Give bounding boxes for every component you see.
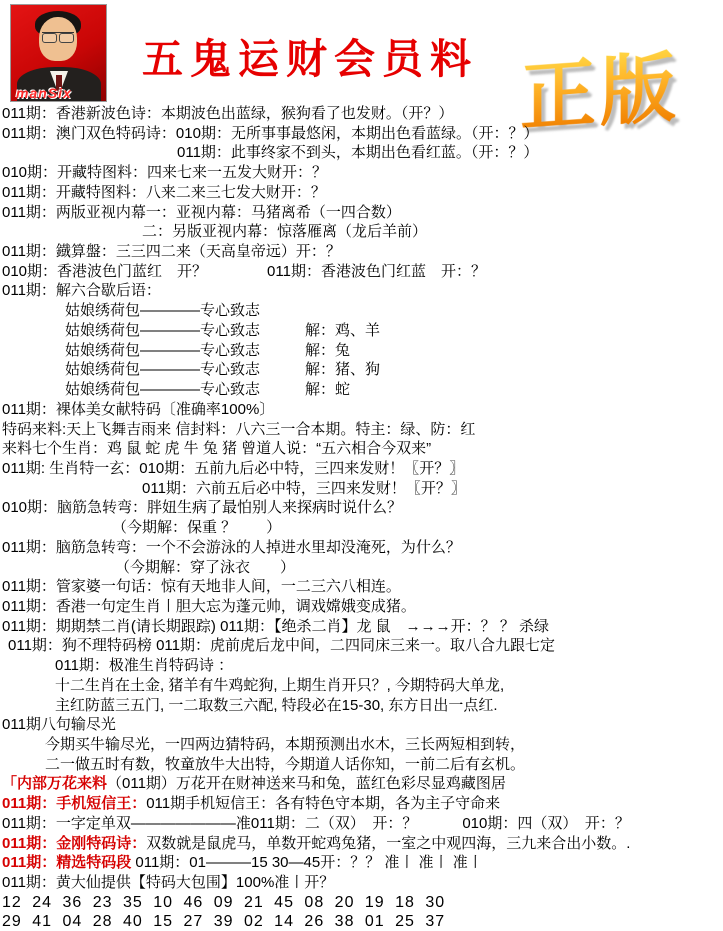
body-text: 011期：澳门双色特码诗：010期：无所事事最悠闲，本期出色看蓝绿。（开：？） (2, 125, 538, 142)
content-line: 姑娘绣荷包————专心致志 解：兔 (2, 341, 723, 361)
content-line: 十二生肖在土金, 猪羊有牛鸡蛇狗, 上期生肖开只？, 今期特码大单龙, (2, 676, 723, 696)
body-text: 011期：脑筋急转弯：一个不会游泳的人掉进水里却没淹死，为什么？ (2, 539, 461, 556)
body-text: 姑娘绣荷包————专心致志 解：兔 (65, 342, 350, 359)
content-line: 010期：香港波色门蓝红 开？ 011期：香港波色门红蓝 开：？ (2, 262, 723, 282)
content-line: 特码来料:天上飞舞吉雨来 信封料：八六三一合本期。特主：绿、防：红 (2, 420, 723, 440)
content-lines: 011期：香港新波色诗：本期波色出蓝绿，猴狗看了也发财。（开？）011期：澳门双… (2, 104, 723, 931)
body-text: （011期）万花开在财神送来马和兔，蓝红色彩尽显鸡藏图居 (107, 775, 506, 792)
highlight-red-text: 011期：手机短信王： (2, 795, 146, 812)
page-title: 五鬼运财会员料 (142, 26, 478, 85)
content-line: 姑娘绣荷包————专心致志 解：蛇 (2, 380, 723, 400)
highlight-red-text: 011期：金刚特码诗： (2, 835, 146, 852)
body-text: 来料七个生肖：鸡 鼠 蛇 虎 牛 兔 猪 曾道人说：“五六相合今双来” (2, 440, 431, 457)
content-line: （今期解：穿了泳衣 ） (2, 558, 723, 578)
content-line: 姑娘绣荷包————专心致志 (2, 301, 723, 321)
body-text: 010期：开藏特图料：四来七来一五发大财开：？ (2, 164, 327, 181)
body-text: 011期：极准生肖特码诗 ： (55, 657, 233, 674)
body-text: 姑娘绣荷包————专心致志 解：蛇 (65, 381, 350, 398)
body-text: 二一做五时有数，牧童放牛大出特，今期道人话你知，一前二后有玄机。 (45, 756, 525, 773)
photo-caption: manSix (16, 85, 72, 101)
body-text: 011期：鐡算盤：三三四二来（天高皇帝远）开：？ (2, 243, 341, 260)
content-line: 011期：金刚特码诗：双数就是鼠虎马，单数开蛇鸡兔猪，一室之中观四海，三九来合出… (2, 834, 723, 854)
content-line: 011期：鐡算盤：三三四二来（天高皇帝远）开：？ (2, 242, 723, 262)
content-line: 二一做五时有数，牧童放牛大出特，今期道人话你知，一前二后有玄机。 (2, 755, 723, 775)
body-text: 12 24 36 23 35 10 46 09 21 45 08 20 19 1… (2, 894, 445, 911)
body-text: 011期：开藏特图料：八来二来三七发大财开：？ (2, 184, 326, 201)
content-line: 011期：脑筋急转弯：一个不会游泳的人掉进水里却没淹死，为什么？ (2, 538, 723, 558)
content-line: 011期：期期禁二肖(请长期跟踪) 011期：【绝杀二肖】龙 鼠 →→→开：？ … (2, 617, 723, 637)
body-text: 011期八句输尽光 (2, 716, 116, 733)
body-text: （今期解：保重 ？ ） (112, 519, 281, 536)
body-text: 011期: 生肖特一玄：010期：五前九后必中特，三四来发财！〖开？〗 (2, 460, 464, 477)
content-line: 011期八句输尽光 (2, 715, 723, 735)
content-line: 011期：手机短信王：011期手机短信王：各有特色守本期，各为主子守命来 (2, 794, 723, 814)
body-text: 011期：两版亚视内幕一：亚视内幕：马猪离希（一四合数） (2, 204, 401, 221)
highlight-red-text: 011期：精选特码段 (2, 854, 135, 871)
body-text: （今期解：穿了泳衣 ） (115, 559, 295, 576)
content-line: 011期：开藏特图料：八来二来三七发大财开：？ (2, 183, 723, 203)
body-text: 011期：裸体美女献特码〔准确率100%〕 (2, 401, 274, 418)
content-line: 姑娘绣荷包————专心致志 解：鸡、羊 (2, 321, 723, 341)
body-text: 29 41 04 28 40 15 27 39 02 14 26 38 01 2… (2, 913, 445, 930)
body-text: 今期买牛输尽光，一四两边猜特码，本期预测出水木，三长两短相到转， (45, 736, 525, 753)
body-text: 十二生肖在土金, 猪羊有牛鸡蛇狗, 上期生肖开只？, 今期特码大单龙, (55, 677, 504, 694)
body-text: 011期：狗不理特码榜 011期：虎前虎后龙中间，二四同床三来一。取八合九跟七定 (8, 637, 555, 654)
highlight-red-text: 「内部万花来料 (2, 775, 107, 792)
content-line: 今期买牛输尽光，一四两边猜特码，本期预测出水木，三长两短相到转， (2, 735, 723, 755)
body-text: 姑娘绣荷包————专心致志 解：鸡、羊 (65, 322, 380, 339)
content-line: 011期：香港新波色诗：本期波色出蓝绿，猴狗看了也发财。（开？） (2, 104, 723, 124)
body-text: 二：另版亚视内幕：惊落雁离（龙后羊前） (142, 223, 427, 240)
content-line: 011期：裸体美女献特码〔准确率100%〕 (2, 400, 723, 420)
content-line: 来料七个生肖：鸡 鼠 蛇 虎 牛 兔 猪 曾道人说：“五六相合今双来” (2, 439, 723, 459)
member-portrait-photo: manSix (10, 4, 107, 102)
content-line: 011期：管家婆一句话：惊有天地非人间，一二三六八相连。 (2, 577, 723, 597)
content-line: 011期：一字定单双———————准011期：二（双） 开：？ 010期：四（双… (2, 814, 723, 834)
body-text: 011期：管家婆一句话：惊有天地非人间，一二三六八相连。 (2, 578, 401, 595)
content-line: 011期：精选特码段 011期：01———15 30—45开：？？ 准〡 准〡 … (2, 853, 723, 873)
content-line: 011期：此事终家不到头，本期出色看红蓝。（开：？） (2, 143, 723, 163)
body-text: 姑娘绣荷包————专心致志 (65, 302, 260, 319)
body-text: 011期：香港新波色诗：本期波色出蓝绿，猴狗看了也发财。（开？） (2, 105, 453, 122)
body-text: 011期：此事终家不到头，本期出色看红蓝。（开：？） (177, 144, 538, 161)
body-text: 011期：一字定单双———————准011期：二（双） 开：？ 010期：四（双… (2, 815, 630, 832)
content-line: 011期：极准生肖特码诗 ： (2, 656, 723, 676)
content-line: 二：另版亚视内幕：惊落雁离（龙后羊前） (2, 222, 723, 242)
content-line: 011期: 生肖特一玄：010期：五前九后必中特，三四来发财！〖开？〗 (2, 459, 723, 479)
number-row: 29 41 04 28 40 15 27 39 02 14 26 38 01 2… (2, 912, 723, 931)
content-line: 姑娘绣荷包————专心致志 解：猪、狗 (2, 360, 723, 380)
portrait-glasses-icon (42, 32, 74, 42)
content-line: 「内部万花来料（011期）万花开在财神送来马和兔，蓝红色彩尽显鸡藏图居 (2, 774, 723, 794)
content-line: 010期：开藏特图料：四来七来一五发大财开：？ (2, 163, 723, 183)
content-line: 主红防蓝三五门, 一二取数三六配, 特段必在15-30, 东方日出一点红. (2, 696, 723, 716)
body-text: 011期：01———15 30—45开：？？ 准〡 准〡 准〡 (135, 854, 482, 871)
body-text: 特码来料:天上飞舞吉雨来 信封料：八六三一合本期。特主：绿、防：红 (2, 421, 475, 438)
body-text: 011期：六前五后必中特，三四来发财！〖开？〗 (142, 480, 466, 497)
body-text: 011期：香港一句定生肖〡胆大忘为蓬元帅，调戏嫦娥变成猪。 (2, 598, 416, 615)
content-line: 011期：香港一句定生肖〡胆大忘为蓬元帅，调戏嫦娥变成猪。 (2, 597, 723, 617)
body-text: 011期手机短信王：各有特色守本期，各为主子守命来 (146, 795, 500, 812)
content-line: （今期解：保重 ？ ） (2, 518, 723, 538)
content-line: 011期：黄大仙提供【特码大包围】100%准〡开？ (2, 873, 723, 893)
body-text: 011期：期期禁二肖(请长期跟踪) 011期：【绝杀二肖】龙 鼠 →→→开：？ … (2, 618, 549, 635)
body-text: 姑娘绣荷包————专心致志 解：猪、狗 (65, 361, 380, 378)
body-text: 011期：解六合歇后语： (2, 282, 161, 299)
content-line: 011期：澳门双色特码诗：010期：无所事事最悠闲，本期出色看蓝绿。（开：？） (2, 124, 723, 144)
body-text: 011期：黄大仙提供【特码大包围】100%准〡开？ (2, 874, 334, 891)
number-row: 12 24 36 23 35 10 46 09 21 45 08 20 19 1… (2, 893, 723, 913)
content-line: 011期：两版亚视内幕一：亚视内幕：马猪离希（一四合数） (2, 203, 723, 223)
body-text: 双数就是鼠虎马，单数开蛇鸡兔猪，一室之中观四海，三九来合出小数。. (146, 835, 630, 852)
body-text: 010期：脑筋急转弯：胖妞生病了最怕别人来探病时说什么？ (2, 499, 402, 516)
content-line: 010期：脑筋急转弯：胖妞生病了最怕别人来探病时说什么？ (2, 498, 723, 518)
content-line: 011期：解六合歇后语： (2, 281, 723, 301)
content-line: 011期：六前五后必中特，三四来发财！〖开？〗 (2, 479, 723, 499)
body-text: 主红防蓝三五门, 一二取数三六配, 特段必在15-30, 东方日出一点红. (55, 697, 498, 714)
content-line: 011期：狗不理特码榜 011期：虎前虎后龙中间，二四同床三来一。取八合九跟七定 (2, 636, 723, 656)
body-text: 010期：香港波色门蓝红 开？ 011期：香港波色门红蓝 开：？ (2, 263, 486, 280)
